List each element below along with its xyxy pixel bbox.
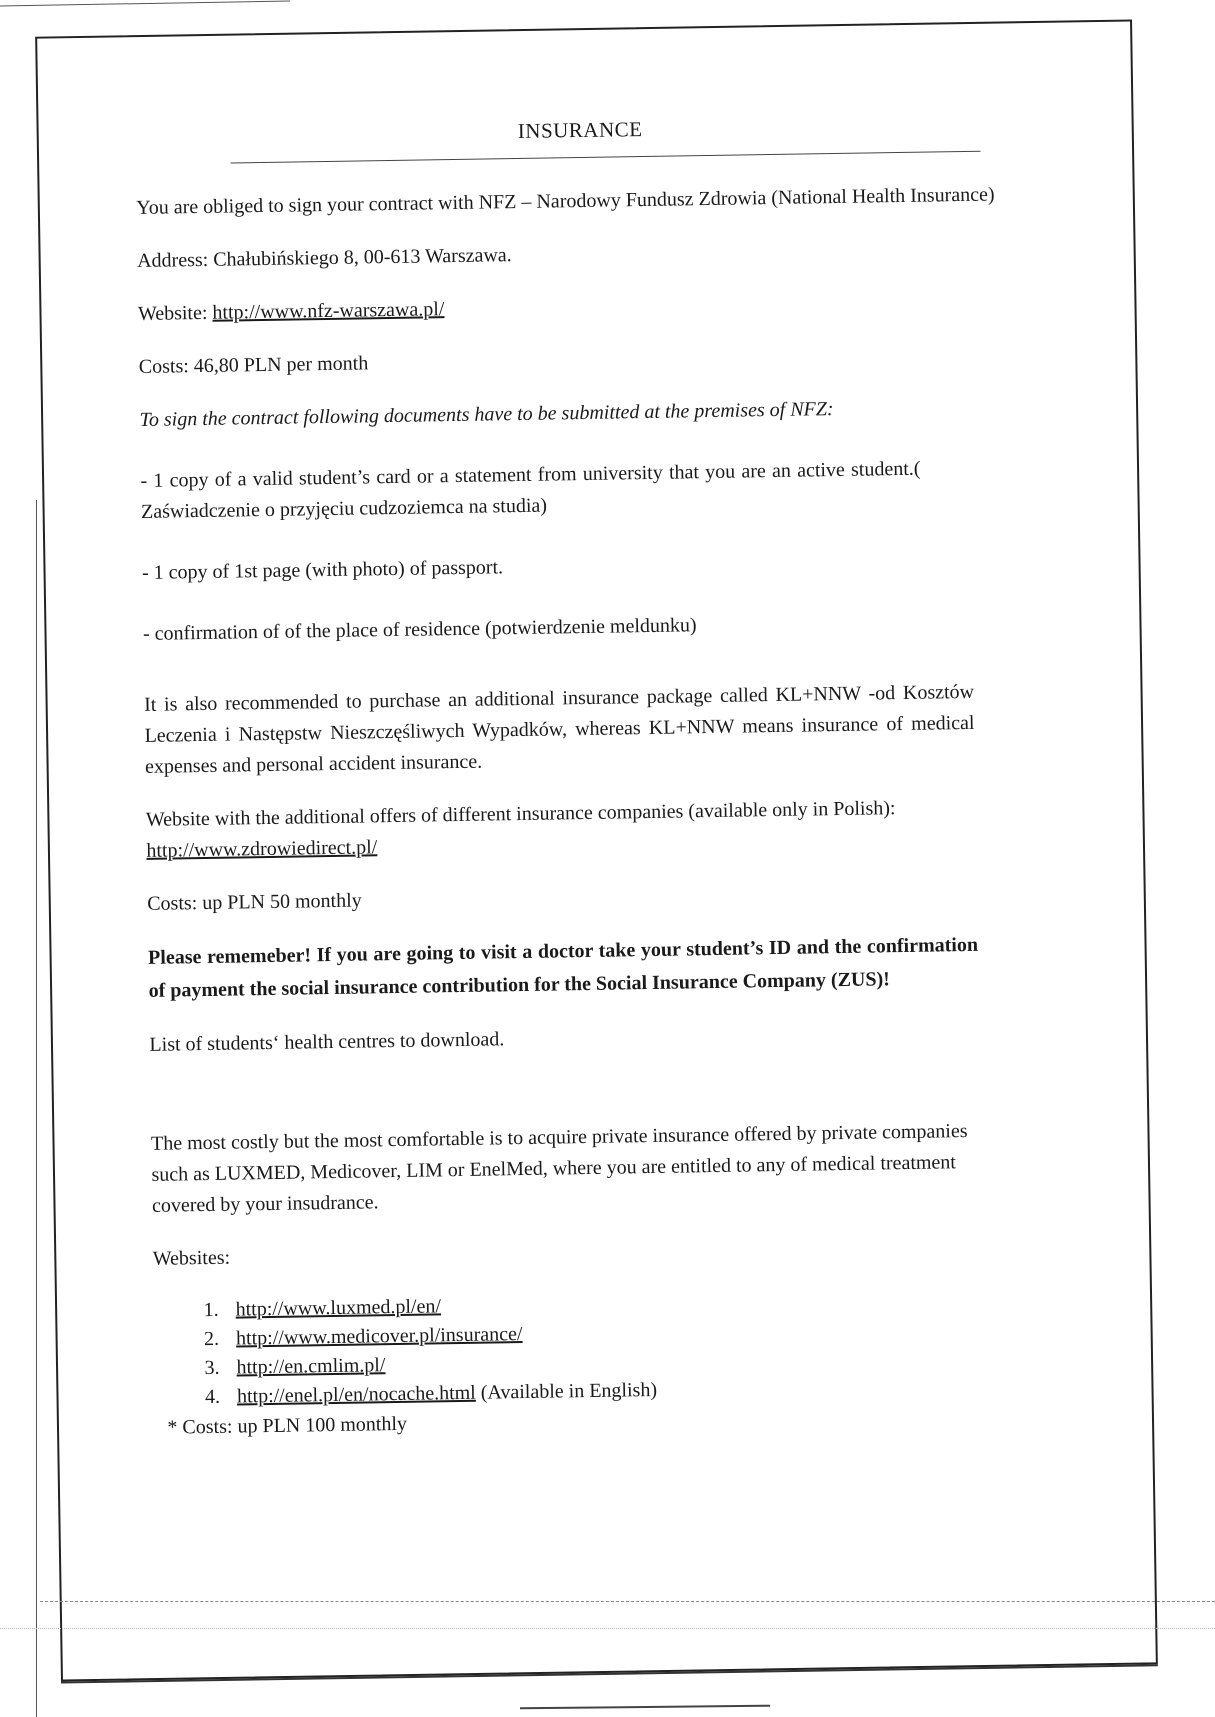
document-body: INSURANCE You are obliged to sign your c… [135, 110, 1096, 1444]
websites-list: http://www.luxmed.pl/en/ http://www.medi… [153, 1282, 1095, 1413]
scan-artifact-dotted-line [0, 1628, 1215, 1629]
offers-text: Website with the additional offers of di… [146, 797, 896, 831]
reminder-paragraph: Please rememeber! If you are going to vi… [148, 929, 979, 1008]
scan-artifact-line [0, 0, 290, 6]
cmlim-link[interactable]: http://en.cmlim.pl/ [236, 1354, 385, 1378]
scan-artifact-margin-line [36, 500, 37, 1717]
nfz-website-link[interactable]: http://www.nfz-warszawa.pl/ [212, 298, 444, 324]
additional-insurance-paragraph: It is also recommended to purchase an ad… [144, 677, 975, 783]
english-note: (Available in English) [481, 1379, 658, 1404]
luxmed-link[interactable]: http://www.luxmed.pl/en/ [235, 1295, 441, 1320]
enelmed-link[interactable]: http://enel.pl/en/nocache.html [237, 1382, 476, 1408]
scan-artifact-bottom-line [520, 1705, 770, 1710]
scan-artifact-dashed-line [40, 1601, 1215, 1602]
medicover-link[interactable]: http://www.medicover.pl/insurance/ [236, 1323, 523, 1349]
address-label: Address: [137, 249, 208, 272]
address-value: Chałubińskiego 8, 00-613 Warszawa. [213, 244, 512, 271]
private-insurance-paragraph: The most costly but the most comfortable… [151, 1116, 982, 1222]
website-label: Website: [138, 302, 208, 325]
zdrowiedirect-link[interactable]: http://www.zdrowiedirect.pl/ [146, 836, 377, 862]
page-title: INSURANCE [518, 117, 643, 144]
